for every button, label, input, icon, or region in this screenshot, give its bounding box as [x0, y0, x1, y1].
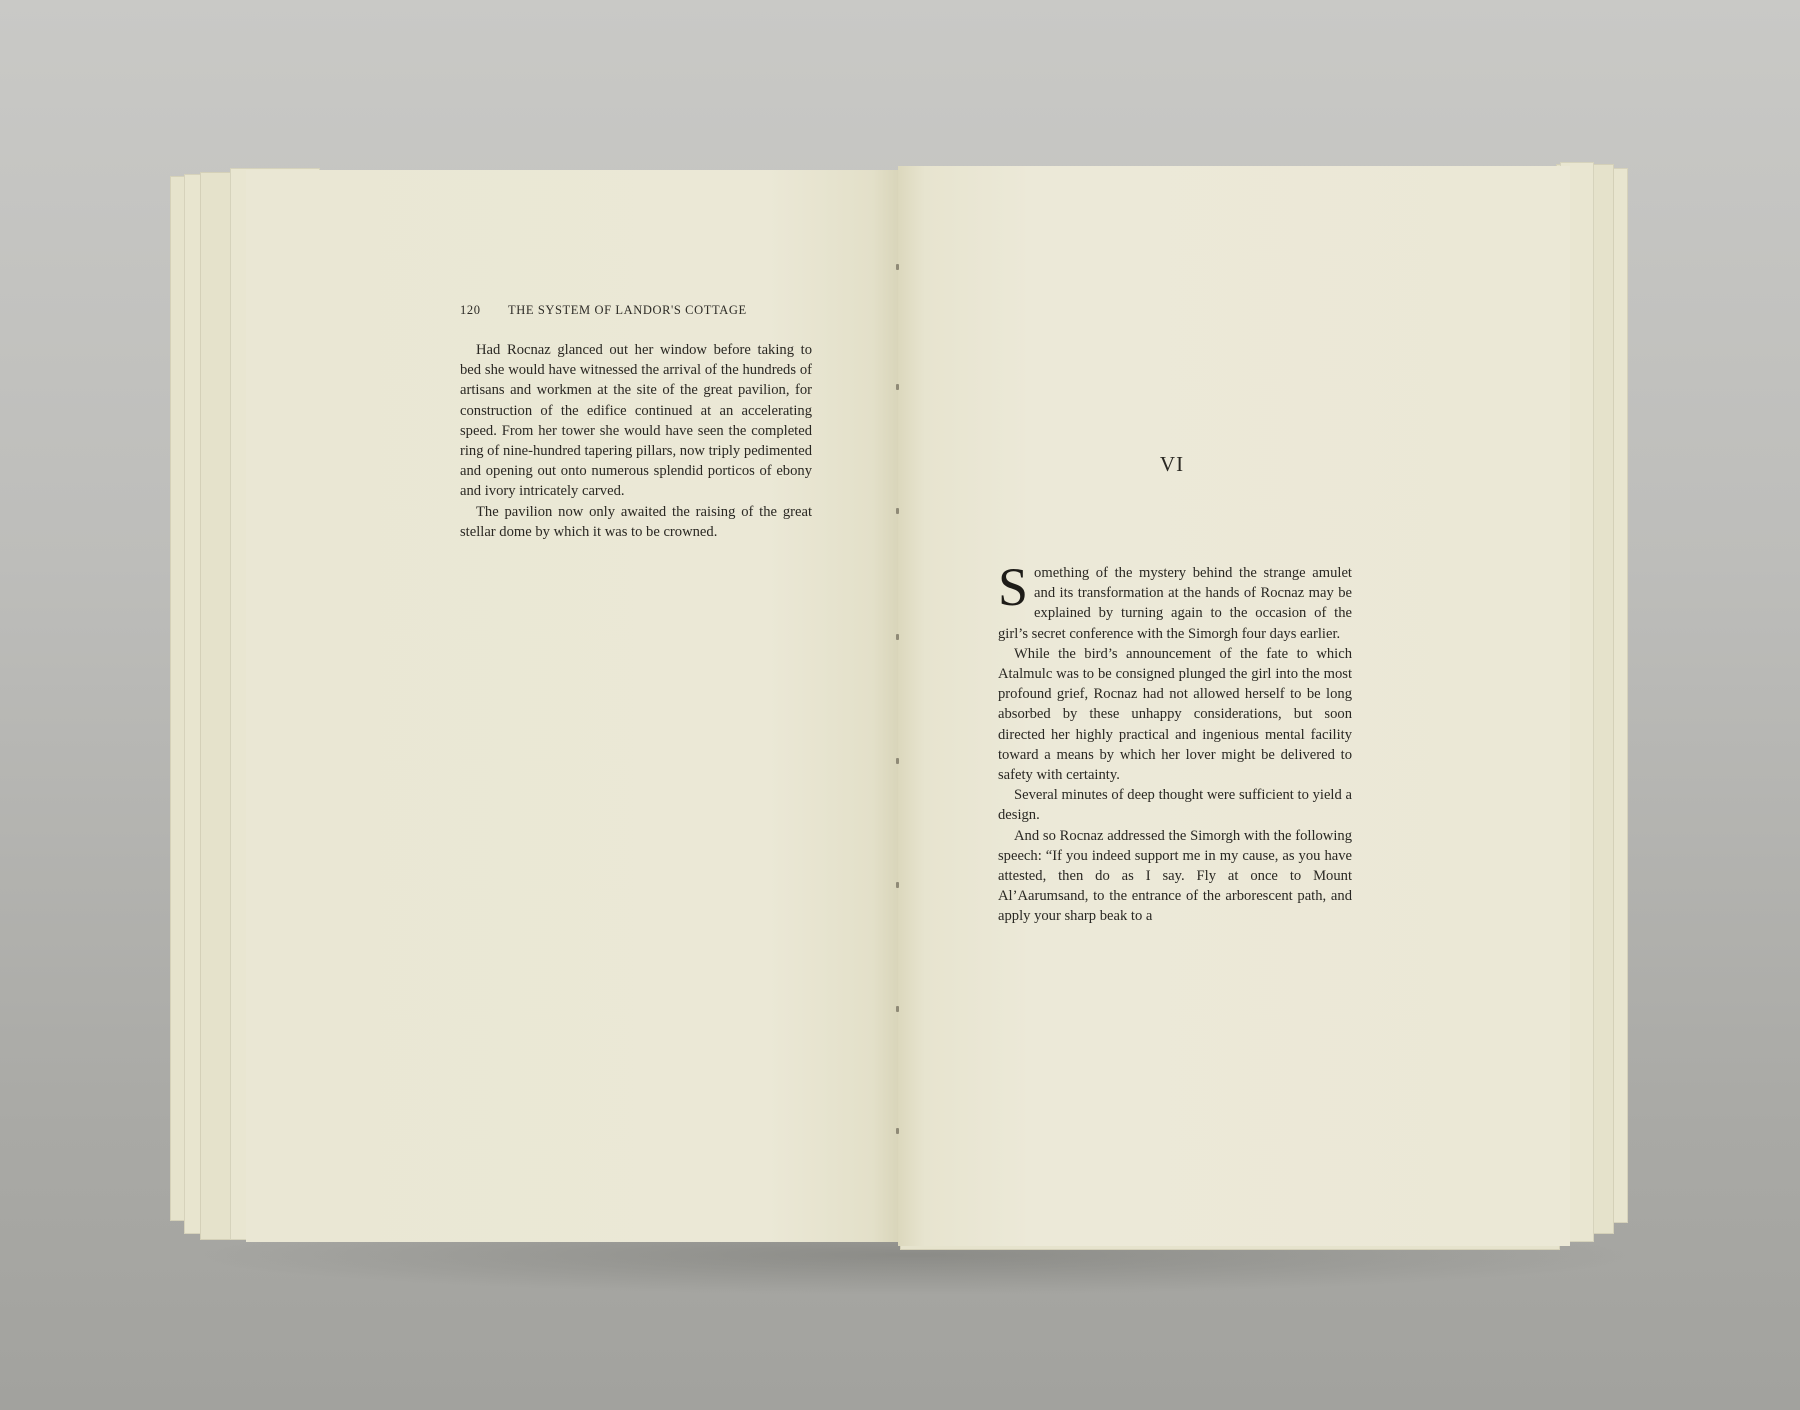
binding-stitch: [896, 1128, 899, 1134]
right-page-body: Something of the mystery behind the stra…: [998, 563, 1352, 927]
paragraph: Had Rocnaz glanced out her window before…: [460, 340, 812, 502]
chapter-heading: VI: [1140, 452, 1204, 477]
paragraph: While the bird’s announcement of the fat…: [998, 644, 1352, 785]
binding-stitch: [896, 1006, 899, 1012]
binding-stitch: [896, 264, 899, 270]
opening-paragraph: Something of the mystery behind the stra…: [998, 563, 1352, 644]
binding-stitch: [896, 634, 899, 640]
paragraph: Several minutes of deep thought were suf…: [998, 785, 1352, 825]
page-number: 120: [460, 303, 508, 318]
drop-cap: S: [998, 565, 1028, 609]
opening-paragraph-text: omething of the mystery behind the stran…: [998, 565, 1352, 642]
binding-stitch: [896, 758, 899, 764]
binding-stitch: [896, 384, 899, 390]
left-page: [246, 170, 898, 1242]
paragraph: The pavilion now only awaited the raisin…: [460, 502, 812, 542]
binding-stitch: [896, 882, 899, 888]
running-head: 120THE SYSTEM OF LANDOR'S COTTAGE: [460, 303, 820, 318]
left-page-body: Had Rocnaz glanced out her window before…: [460, 340, 812, 542]
running-head-title: THE SYSTEM OF LANDOR'S COTTAGE: [508, 303, 747, 317]
binding-stitch: [896, 508, 899, 514]
paragraph: And so Rocnaz addressed the Simorgh with…: [998, 826, 1352, 927]
